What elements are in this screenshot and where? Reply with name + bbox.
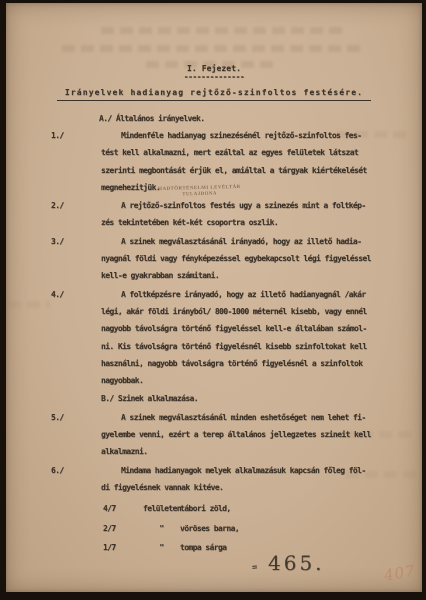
list-item: 4/7 felületen tábori zöld, (103, 499, 422, 519)
paragraph-line: szerinti megbontását érjük el, amiáltal … (101, 162, 392, 179)
list-item: 2/7 " vöröses barna, (103, 519, 422, 539)
corner-pencil-number: 407 (383, 561, 417, 584)
item-number: 5./ (51, 409, 64, 426)
surface-label: felületen (143, 499, 180, 519)
scanned-document: { "page": { "chapter_title": "I. Fejezet… (0, 0, 426, 600)
page-number-mark: = (251, 563, 256, 573)
paragraph-2: 2./ A rejtőző-szinfoltos festés ugy a sz… (6, 197, 422, 232)
section-b-heading: B./ Szinek alkalmazása. (101, 390, 422, 407)
item-number: 2./ (51, 197, 64, 214)
paragraph-line: légi, akár földi irányból/ 800-1000 méte… (101, 303, 392, 320)
paragraph-line: zés tekintetében két-két csoportra oszli… (101, 214, 392, 231)
paragraph-line: ni. Kis távolságra történő figyelésnél k… (101, 338, 392, 355)
archive-ownership-stamp: HADTÖRTÉNELMI LEVÉLTÁR TULAJDONA (152, 185, 247, 199)
item-number: 1./ (51, 127, 64, 144)
paper-page: I. Fejezet. -------------- Irányelvek ha… (6, 3, 422, 592)
paragraph-line: A szinek megválasztásánál minden eshetős… (101, 409, 392, 426)
paragraph-line: alkalmazni. (101, 443, 392, 460)
section-a-heading: A./ Általános irányelvek. (99, 112, 422, 126)
fraction-value: 4/7 (103, 499, 143, 519)
item-number: 4./ (51, 286, 64, 303)
paragraph-line: nagyobb távolságra történő figyeléssel k… (101, 320, 392, 337)
color-fraction-list: 4/7 felületen tábori zöld, 2/7 " vöröses… (103, 499, 422, 558)
paragraph-line: A foltképzésre irányadó, hogy az illető … (101, 286, 392, 303)
color-name: tompa sárga (180, 538, 226, 558)
document-heading: Irányelvek hadianyag rejtőző-szinfoltos … (57, 88, 371, 101)
list-item: 1/7 " tompa sárga (103, 538, 422, 558)
page-number-stamp: 465. (268, 551, 325, 575)
paragraph-line: gyelembe venni, ezért a terep általános … (101, 426, 392, 443)
paragraph-line: A szinek megválasztásánál irányadó, hogy… (101, 233, 392, 250)
paragraph-line: tést kell alkalmazni, mert ezáltal az eg… (101, 144, 392, 161)
item-number: 6./ (51, 462, 64, 479)
paragraph-line: kell-e gyakrabban számitani. (101, 267, 392, 284)
paragraph-line: di figyelésnek vannak kitéve. (101, 479, 392, 496)
ditto-mark: " (143, 519, 180, 539)
chapter-title-underline: -------------- (6, 73, 422, 81)
paragraph-line: használni, nagyobb távolságra történő fi… (101, 355, 392, 372)
paragraph-line: Mindama hadianyagok melyek alkalmazásuk … (101, 462, 392, 479)
paragraph-line: A rejtőző-szinfoltos festés ugy a szinez… (101, 197, 392, 214)
fraction-value: 2/7 (103, 519, 143, 539)
paragraph-4: 4./ A foltképzésre irányadó, hogy az ill… (6, 286, 422, 390)
paragraph-6: 6./ Mindama hadianyagok melyek alkalmazá… (6, 462, 422, 497)
color-name: vöröses barna, (180, 519, 239, 539)
paragraph-5: 5./ A szinek megválasztásánál minden esh… (6, 409, 422, 461)
paragraph-line: nyagnál földi vagy fényképezéssel egybek… (101, 250, 392, 267)
item-number: 3./ (51, 233, 64, 250)
color-name: tábori zöld, (180, 499, 231, 519)
paragraph-3: 3./ A szinek megválasztásánál irányadó, … (6, 233, 422, 285)
fraction-value: 1/7 (103, 538, 143, 558)
paragraph-line: nagyobbak. (101, 372, 392, 389)
paragraph-line: Mindenféle hadianyag szinezésénél rejtőz… (101, 127, 392, 144)
ditto-mark: " (143, 538, 180, 558)
document-body: I. Fejezet. -------------- Irányelvek ha… (6, 3, 422, 558)
